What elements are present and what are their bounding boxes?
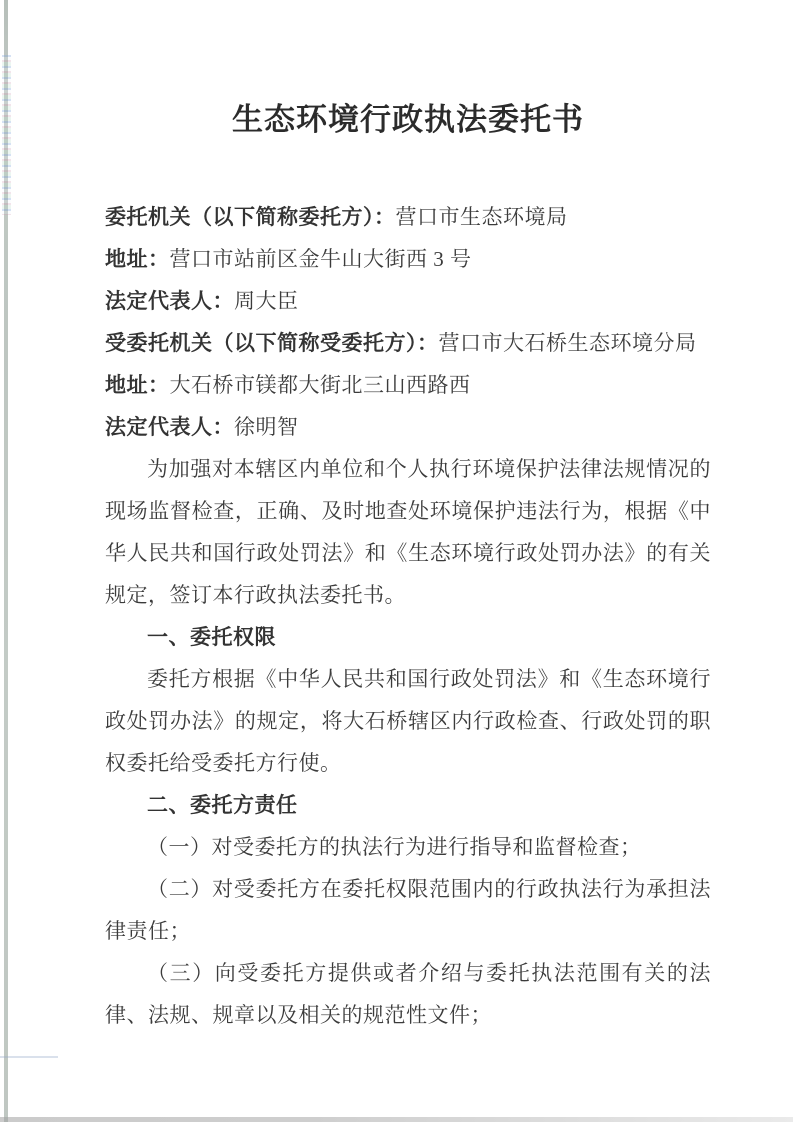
party-value: 徐明智 <box>234 415 299 439</box>
scan-edge-bottom <box>0 1117 793 1122</box>
party-label: 法定代表人： <box>105 289 234 313</box>
party-line-entrusted-address: 地址：大石桥市镁都大街北三山西路西 <box>105 364 711 406</box>
party-label: 法定代表人： <box>105 415 234 439</box>
document-title: 生态环境行政执法委托书 <box>105 0 711 140</box>
party-label: 地址： <box>105 373 170 397</box>
section-heading-1: 一、委托权限 <box>105 616 711 658</box>
section-2-item-1: （一）对受委托方的执法行为进行指导和监督检查； <box>105 826 711 868</box>
scanned-page: { "document": { "title": "生态环境行政执法委托书", … <box>0 0 793 1122</box>
party-label: 受委托机关（以下简称受委托方）： <box>105 331 439 355</box>
party-value: 大石桥市镁都大街北三山西路西 <box>170 373 471 397</box>
preamble-paragraph: 为加强对本辖区内单位和个人执行环境保护法律法规情况的现场监督检查，正确、及时地查… <box>105 448 711 616</box>
section-1-paragraph: 委托方根据《中华人民共和国行政处罚法》和《生态环境行政处罚办法》的规定，将大石桥… <box>105 658 711 784</box>
party-line-entrusting-address: 地址：营口市站前区金牛山大街西 3 号 <box>105 238 711 280</box>
party-value: 营口市站前区金牛山大街西 3 号 <box>170 247 472 271</box>
section-heading-2: 二、委托方责任 <box>105 784 711 826</box>
section-2-item-2: （二）对受委托方在委托权限范围内的行政执法行为承担法律责任； <box>105 868 711 952</box>
party-value: 周大臣 <box>234 289 299 313</box>
party-value: 营口市生态环境局 <box>396 205 568 229</box>
document-content: 委托机关（以下简称委托方）：营口市生态环境局 地址：营口市站前区金牛山大街西 3… <box>105 196 711 1036</box>
document-body: 生态环境行政执法委托书 委托机关（以下简称委托方）：营口市生态环境局 地址：营口… <box>105 0 711 1036</box>
scan-noise-artifact <box>2 55 11 215</box>
section-2-item-3: （三）向受委托方提供或者介绍与委托执法范围有关的法律、法规、规章以及相关的规范性… <box>105 952 711 1036</box>
party-value: 营口市大石桥生态环境分局 <box>439 331 697 355</box>
party-line-entrusted-representative: 法定代表人：徐明智 <box>105 406 711 448</box>
party-label: 委托机关（以下简称委托方）： <box>105 205 396 229</box>
party-line-entrusting-org: 委托机关（以下简称委托方）：营口市生态环境局 <box>105 196 711 238</box>
scan-line-artifact <box>0 1056 58 1058</box>
party-line-entrusted-org: 受委托机关（以下简称受委托方）：营口市大石桥生态环境分局 <box>105 322 711 364</box>
party-line-entrusting-representative: 法定代表人：周大臣 <box>105 280 711 322</box>
party-label: 地址： <box>105 247 170 271</box>
